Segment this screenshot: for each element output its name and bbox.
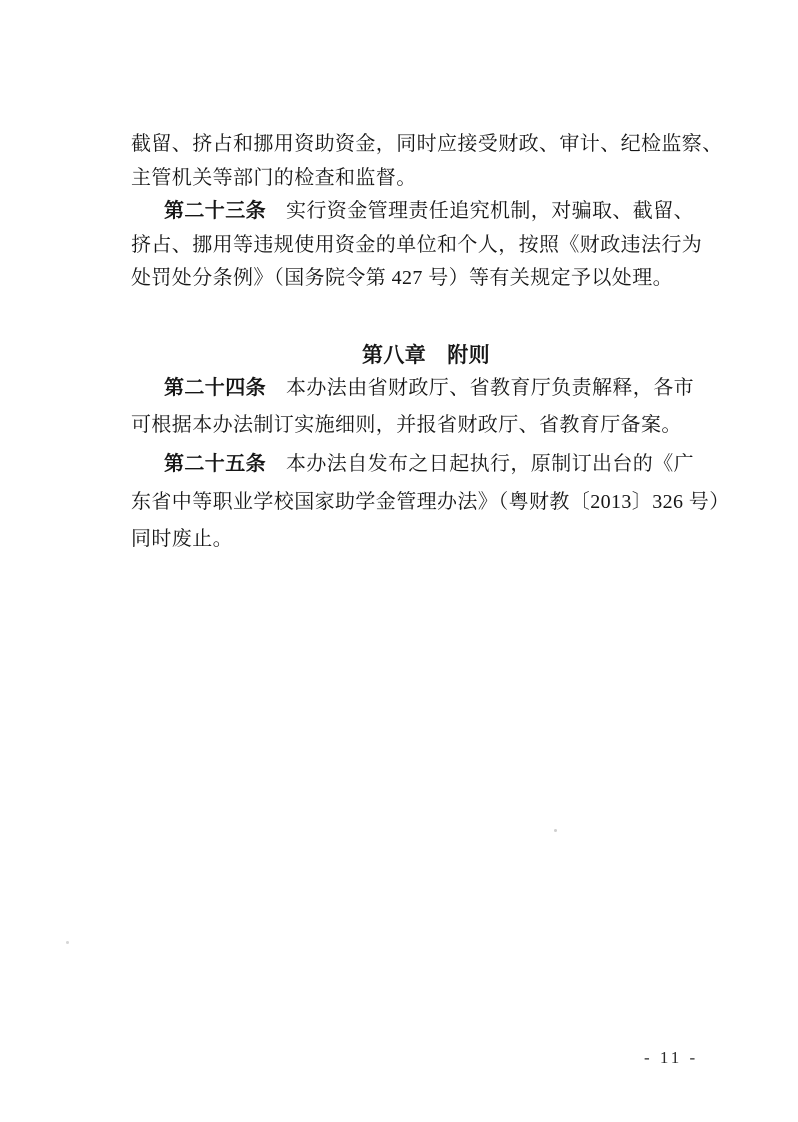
line-text: 截留、挤占和挪用资助资金，同时应接受财政、审计、纪检监察、	[131, 133, 723, 155]
line-text: 挤占、挪用等违规使用资金的单位和个人，按照《财政违法行为	[131, 234, 702, 256]
line-text: 本办法自发布之日起执行，原制订出台的《广	[286, 453, 694, 475]
text-line-article-24: 第二十四条本办法由省财政厅、省教育厅负责解释，各市	[131, 371, 754, 405]
article-number: 第二十三条	[164, 200, 266, 222]
text-line: 主管机关等部门的检查和监督。	[131, 161, 721, 195]
line-text: 可根据本办法制订实施细则，并报省财政厅、省教育厅备案。	[131, 414, 682, 436]
line-text: 实行资金管理责任追究机制，对骗取、截留、	[286, 200, 694, 222]
scan-speck	[66, 941, 69, 944]
page-number: - 11 -	[644, 1048, 698, 1068]
text-line: 同时废止。	[131, 522, 721, 556]
line-text: 主管机关等部门的检查和监督。	[131, 167, 417, 189]
article-number: 第二十四条	[164, 377, 266, 399]
scanned-document-page: 截留、挤占和挪用资助资金，同时应接受财政、审计、纪检监察、 主管机关等部门的检查…	[0, 0, 798, 1122]
text-line-article-23: 第二十三条实行资金管理责任追究机制，对骗取、截留、	[131, 194, 754, 228]
text-line: 可根据本办法制订实施细则，并报省财政厅、省教育厅备案。	[131, 408, 721, 442]
text-line: 截留、挤占和挪用资助资金，同时应接受财政、审计、纪检监察、	[131, 127, 721, 161]
text-line: 处罚处分条例》（国务院令第 427 号）等有关规定予以处理。	[131, 261, 721, 295]
text-line-article-25: 第二十五条本办法自发布之日起执行，原制订出台的《广	[131, 447, 754, 481]
article-number: 第二十五条	[164, 453, 266, 475]
text-line: 挤占、挪用等违规使用资金的单位和个人，按照《财政违法行为	[131, 228, 721, 262]
text-column: 截留、挤占和挪用资助资金，同时应接受财政、审计、纪检监察、 主管机关等部门的检查…	[131, 0, 721, 1122]
text-line: 东省中等职业学校国家助学金管理办法》（粤财教〔2013〕326 号）	[131, 485, 721, 519]
chapter-heading: 第八章附则	[131, 338, 721, 372]
scan-speck	[554, 829, 557, 832]
chapter-title: 附则	[447, 343, 490, 367]
line-text: 处罚处分条例》（国务院令第 427 号）等有关规定予以处理。	[131, 267, 673, 289]
line-text: 东省中等职业学校国家助学金管理办法》（粤财教〔2013〕326 号）	[131, 491, 730, 513]
line-text: 同时废止。	[131, 528, 233, 550]
chapter-number: 第八章	[362, 343, 426, 367]
line-text: 本办法由省财政厅、省教育厅负责解释，各市	[286, 377, 694, 399]
